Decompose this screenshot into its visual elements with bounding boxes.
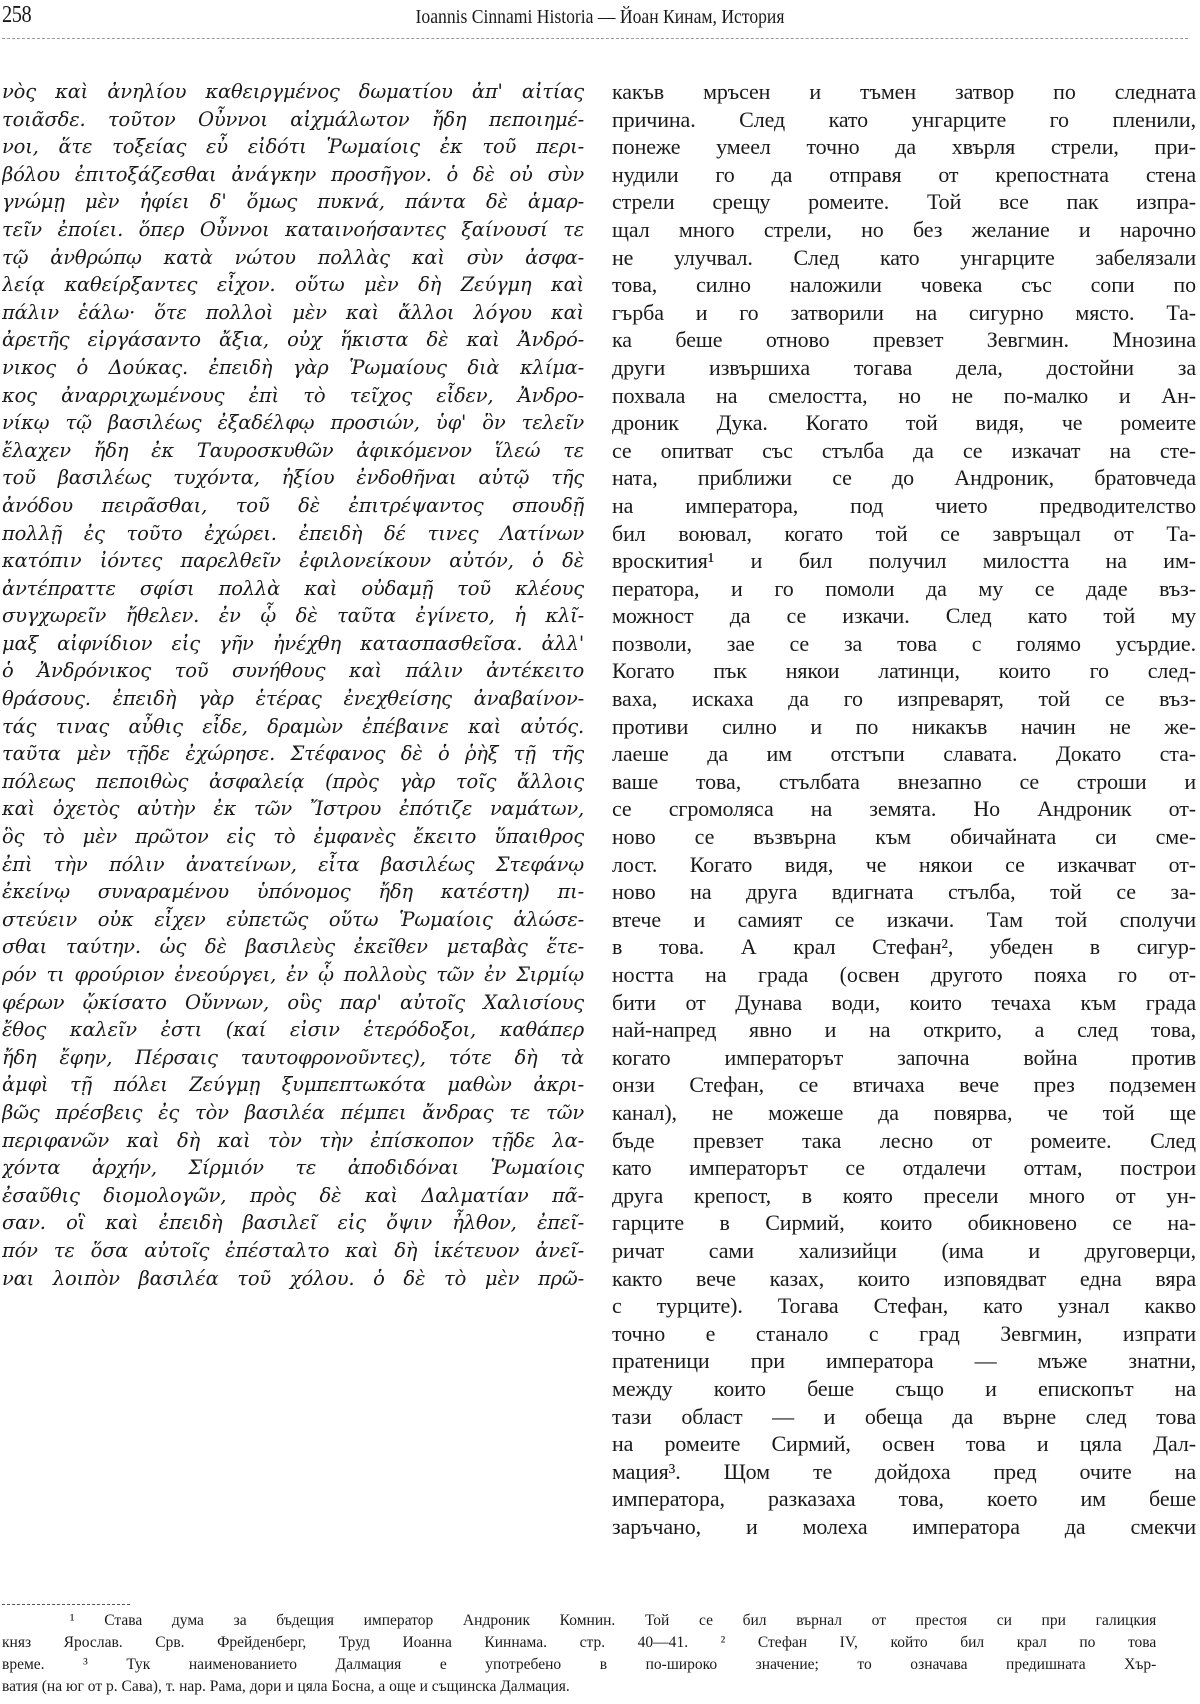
text-line: φέρων ᾤκίσατο Οὔννων, οὓς παρ' αὐτοῖς Χα… xyxy=(2,989,584,1017)
text-line: ната, приближи се до Андроник, братовчед… xyxy=(612,464,1196,492)
text-line: ἔθος καλεῖν ἐστι (καί εἰσιν ἑτερόδοξοι, … xyxy=(2,1016,584,1044)
text-line: τοῦ βασιλέως τυχόντα, ἠξίου ἐνδοθῆναι αὐ… xyxy=(2,464,584,492)
text-line: позволи, зае се за това с голямо усърдие… xyxy=(612,630,1196,658)
text-line: ричат сами хализийци (има и друговерци, xyxy=(612,1237,1196,1265)
text-line: втече и самият се изкачи. Там той сполуч… xyxy=(612,906,1196,934)
text-line: τοιᾶσδε. τοῦτον Οὖννοι αἰχμάλωτον ἤδη πε… xyxy=(2,106,584,134)
text-line: ка беше отново превзет Зевгмин. Мнозина xyxy=(612,326,1196,354)
text-line: ἀνόδου πειρᾶσθαι, τοῦ δὲ ἐπιτρέψαντος σπ… xyxy=(2,492,584,520)
text-line: θράσους. ἐπειδὴ γὰρ ἑτέρας ἐνεχθείσης ἀν… xyxy=(2,685,584,713)
footnote-line: време. ³ Тук наименованието Далмация е у… xyxy=(2,1654,1156,1676)
text-line: други извършиха тогава дела, достойни за xyxy=(612,354,1196,382)
footnote-line: княз Ярослав. Срв. Фрейденберг, Труд Иоа… xyxy=(2,1632,1156,1654)
text-line: συγχωρεῖν ἤθελεν. ἐν ᾧ δὲ ταῦτα ἐγίνετο,… xyxy=(2,602,584,630)
text-line: ператора, и го помоли да му се даде въз- xyxy=(612,575,1196,603)
greek-text-column: νὸς καὶ ἀνηλίου καθειργμένος δωματίου ἀπ… xyxy=(2,78,584,1292)
text-line: ἐπὶ τὴν πόλιν ἀνατείνων, εἶτα βασιλέως Σ… xyxy=(2,851,584,879)
text-line: друга крепост, в която пресели много от … xyxy=(612,1182,1196,1210)
text-line: бил воювал, когато той се завръщал от Та… xyxy=(612,520,1196,548)
footnote-line: ватия (на юг от р. Сава), т. нар. Рама, … xyxy=(2,1676,1156,1698)
text-line: се опитват със стълба да се изкачат на с… xyxy=(612,437,1196,465)
text-line: ρόν τι φρούριον ἐνεούργει, ἐν ᾧ πολλοὺς … xyxy=(2,961,584,989)
text-line: онзи Стефан, се втичаха вече през подзем… xyxy=(612,1071,1196,1099)
footnote-line: ¹ Става дума за бъдещия император Андрон… xyxy=(2,1610,1156,1632)
text-line: не улучвал. След като унгарците забеляза… xyxy=(612,244,1196,272)
text-line: причина. След като унгарците го пленили, xyxy=(612,106,1196,134)
footnote-rule xyxy=(2,1604,130,1605)
text-line: τῷ ἀνθρώπῳ κατὰ νώτου πολλὰς καὶ σὺν ἀσφ… xyxy=(2,244,584,272)
text-line: противи силно и по никакъв начин не же- xyxy=(612,713,1196,741)
text-line: ναι λοιπὸν βασιλέα τοῦ χόλου. ὁ δὲ τὸ μὲ… xyxy=(2,1265,584,1293)
text-line: бъде превзет така лесно от ромеите. След xyxy=(612,1127,1196,1155)
page-number: 258 xyxy=(2,2,31,29)
text-line: ἀντέπραττε σφίσι πολλὰ καὶ οὐδαμῇ τοῦ κλ… xyxy=(2,575,584,603)
text-line: ваха, искаха да го изпреварят, той се въ… xyxy=(612,685,1196,713)
text-line: πολλῇ ἐς τοῦτο ἐχώρει. ἐπειδὴ δέ τινες Λ… xyxy=(2,520,584,548)
text-line: ὃς τὸ μὲν πρῶτον εἰς τὸ ἐμφανὲς ἔκειτο ὕ… xyxy=(2,823,584,851)
text-line: нудили го да отправя от крепостната стен… xyxy=(612,161,1196,189)
text-line: νικος ὁ Δούκας. ἐπειδὴ γὰρ Ῥωμαίους διὰ … xyxy=(2,354,584,382)
text-line: ново на друга вдигната стълба, той се за… xyxy=(612,878,1196,906)
text-line: Когато пък някои латинци, които го след- xyxy=(612,657,1196,685)
text-line: ὁ Ἀνδρόνικος τοῦ συνήθους καὶ πάλιν ἀντέ… xyxy=(2,657,584,685)
text-line: ἀρετῆς εἰργάσαντο ἄξια, οὐχ ἥκιστα δὲ κα… xyxy=(2,326,584,354)
text-line: νίκῳ τῷ βασιλέως ἐξαδέλφῳ προσιών, ὑφ' ὃ… xyxy=(2,409,584,437)
text-line: канал), не можеше да повярва, че той ще xyxy=(612,1099,1196,1127)
text-line: бити от Дунава води, които течаха към гр… xyxy=(612,989,1196,1017)
text-line: мация³. Щом те дойдоха пред очите на xyxy=(612,1458,1196,1486)
text-line: βόλου ἐπιτοξάζεσθαι ἀνάγκην προσῆγον. ὁ … xyxy=(2,161,584,189)
text-line: ἐκείνῳ συναραμένου ὑπόνομος ἤδη κατέστη)… xyxy=(2,878,584,906)
text-line: ἐσαῦθις διομολογῶν, πρὸς δὲ καὶ Δαλματία… xyxy=(2,1182,584,1210)
text-line: между които беше също и епископът на xyxy=(612,1375,1196,1403)
text-line: πόλεως πεποιθὼς ἀσφαλείᾳ (πρὸς γὰρ τοῖς … xyxy=(2,768,584,796)
text-line: κατόπιν ἰόντες παρελθεῖν ἐφιλονείκουν αὐ… xyxy=(2,547,584,575)
text-line: това, силно наложили човека със сопи по xyxy=(612,271,1196,299)
running-title: Ioannis Cinnami Historia — Йоан Кинам, И… xyxy=(72,6,1128,29)
text-line: както вече казах, които изповядват една … xyxy=(612,1265,1196,1293)
text-line: μαξ αἰφνίδιον εἰς γῆν ἠνέχθη κατασπασθεῖ… xyxy=(2,630,584,658)
text-line: в това. А крал Стефан², убеден в сигур- xyxy=(612,933,1196,961)
text-line: щал много стрели, но без желание и нароч… xyxy=(612,216,1196,244)
text-line: τάς τινας αὖθις εἶδε, δραμὼν ἐπέβαινε κα… xyxy=(2,713,584,741)
book-page: 258 Ioannis Cinnami Historia — Йоан Кина… xyxy=(0,0,1200,1704)
bulgarian-text-column: какъв мръсен и тъмен затвор по следнатап… xyxy=(612,78,1196,1540)
text-line: понеже умеел точно да хвърля стрели, при… xyxy=(612,133,1196,161)
text-line: γνώμῃ μὲν ἠφίει δ' ὅμως πυκνά, πάντα δὲ … xyxy=(2,188,584,216)
text-line: какъв мръсен и тъмен затвор по следната xyxy=(612,78,1196,106)
text-line: гарците в Сирмий, които обикновено се на… xyxy=(612,1209,1196,1237)
text-line: тази област — и обеща да върне след това xyxy=(612,1403,1196,1431)
text-line: νοι, ἅτε τοξείας εὖ εἰδότι Ῥωμαίοις ἐκ τ… xyxy=(2,133,584,161)
page-header: 258 Ioannis Cinnami Historia — Йоан Кина… xyxy=(0,0,1200,40)
text-line: дроник Дука. Когато той видя, че ромеите xyxy=(612,409,1196,437)
text-line: когато императорът започна война против xyxy=(612,1044,1196,1072)
text-line: ваше това, стълбата внезапно се строши и xyxy=(612,768,1196,796)
text-line: τεῖν ἐποίει. ὅπερ Οὖννοι καταινοήσαντες … xyxy=(2,216,584,244)
text-line: ността на града (освен другото пояха го … xyxy=(612,961,1196,989)
footnotes: ¹ Става дума за бъдещия император Андрон… xyxy=(2,1610,1192,1698)
text-line: σθαι ταύτην. ὡς δὲ βασιλεὺς ἐκεῖθεν μετα… xyxy=(2,933,584,961)
text-line: νὸς καὶ ἀνηλίου καθειργμένος δωματίου ἀπ… xyxy=(2,78,584,106)
text-line: с турците). Тогава Стефан, като узнал ка… xyxy=(612,1292,1196,1320)
text-line: πόν τε ὅσα αὐτοῖς ἐπέσταλτο καὶ δὴ ἱκέτε… xyxy=(2,1237,584,1265)
text-line: στεύειν οὐκ εἶχεν εὐπετῶς οὕτω Ῥωμαίοις … xyxy=(2,906,584,934)
text-line: ταῦτα μὲν τῇδε ἐχώρησε. Στέφανος δὲ ὁ ῥὴ… xyxy=(2,740,584,768)
text-line: точно е станало с град Зевгмин, изпрати xyxy=(612,1320,1196,1348)
text-line: лаеше да им отстъпи славата. Докато ста- xyxy=(612,740,1196,768)
text-line: стрели срещу ромеите. Той все пак изпра- xyxy=(612,188,1196,216)
text-line: βῶς πρέσβεις ἐς τὸν βασιλέα πέμπει ἄνδρα… xyxy=(2,1099,584,1127)
text-line: се сгромоляса на земята. Но Андроник от- xyxy=(612,795,1196,823)
header-rule xyxy=(2,38,1188,39)
text-line: ново се възвърна към обичайната си сме- xyxy=(612,823,1196,851)
text-line: пратеници при императора — мъже знатни, xyxy=(612,1347,1196,1375)
text-line: χόντα ἀρχήν, Σίρμιόν τε ἀποδιδόναι Ῥωμαί… xyxy=(2,1154,584,1182)
text-line: λείᾳ καθείρξαντες εἶχον. οὕτω μὲν δὴ Ζεύ… xyxy=(2,271,584,299)
text-line: похвала на смелостта, но не по-малко и А… xyxy=(612,382,1196,410)
text-line: πάλιν ἑάλω· ὅτε πολλοὶ μὲν καὶ ἄλλοι λόγ… xyxy=(2,299,584,327)
text-line: лост. Когато видя, че някои се изкачват … xyxy=(612,851,1196,879)
text-line: καὶ ὀχετὸς αὐτὴν ἐκ τῶν Ἴστρου ἐπότιζε ν… xyxy=(2,795,584,823)
text-line: заръчано, и молеха императора да смекчи xyxy=(612,1513,1196,1541)
text-line: на ромеите Сирмий, освен това и цяла Дал… xyxy=(612,1430,1196,1458)
text-line: гърба и го затворили на сигурно място. Т… xyxy=(612,299,1196,327)
text-line: императора, разказаха това, което им беш… xyxy=(612,1485,1196,1513)
text-line: ἀμφὶ τῇ πόλει Ζεύγμῃ ξυμπεπτωκότα μαθὼν … xyxy=(2,1071,584,1099)
text-line: σαν. οἳ καὶ ἐπειδὴ βασιλεῖ εἰς ὄψιν ἦλθο… xyxy=(2,1209,584,1237)
text-line: ἔλαχεν ἤδη ἐκ Ταυροσκυθῶν ἀφικόμενον ἵλε… xyxy=(2,437,584,465)
text-line: можност да се изкачи. След като той му xyxy=(612,602,1196,630)
text-line: на императора, под чието предводителство xyxy=(612,492,1196,520)
text-line: κος ἀναρριχωμένους ἐπὶ τὸ τεῖχος εἶδεν, … xyxy=(2,382,584,410)
text-line: като императорът се отдалечи оттам, пост… xyxy=(612,1154,1196,1182)
text-line: вроскития¹ и бил получил милостта на им- xyxy=(612,547,1196,575)
text-line: περιφανῶν καὶ δὴ καὶ τὸν τὴν ἐπίσκοπον τ… xyxy=(2,1127,584,1155)
text-line: най-напред явно и на открито, а след тов… xyxy=(612,1016,1196,1044)
text-line: ἤδη ἔφην, Πέρσαις ταυτοφρονοῦντες), τότε… xyxy=(2,1044,584,1072)
